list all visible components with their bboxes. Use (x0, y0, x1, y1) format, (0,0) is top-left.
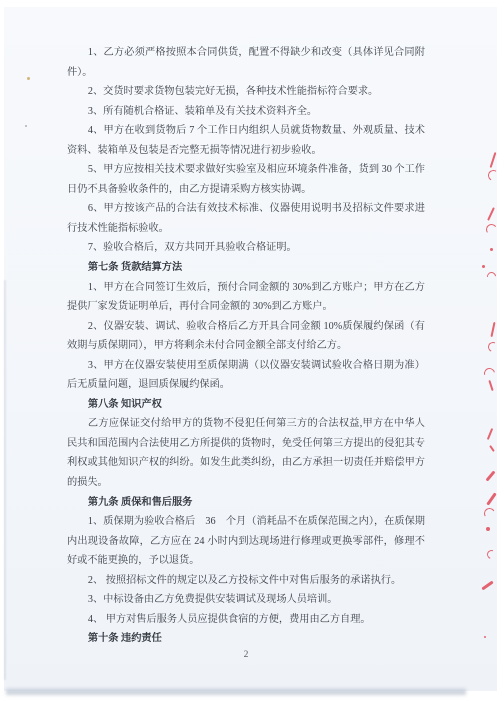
contract-paragraph: 3、中标设备由乙方免费提供安装调试及现场人员培训。 (67, 590, 425, 610)
contract-paragraph: 2、交货时要求货物包装完好无损，各种技术性能指标符合要求。 (67, 82, 425, 102)
paper-speck (27, 77, 30, 80)
paper-speck (25, 125, 27, 127)
contract-paragraph: 7、验收合格后，双方共同开具验收合格证明。 (67, 238, 425, 258)
contract-clause-heading: 第七条 货款结算方法 (67, 258, 425, 278)
paper-bottom-shadow (6, 687, 466, 696)
contract-paragraph: 2、仪器安装、调试、验收合格后乙方开具合同金额 10%质保履约保函（有效期与质保… (67, 317, 425, 356)
contract-paragraph: 3、所有随机合格证、装箱单及有关技术资料齐全。 (67, 102, 425, 122)
page-number: 2 (67, 650, 425, 660)
contract-paragraph: 2、 按照招标文件的规定以及乙方投标文件中对售后服务的承诺执行。 (67, 571, 425, 591)
red-ink-mark (484, 636, 486, 638)
red-ink-mark (482, 265, 485, 268)
red-ink-mark (490, 248, 493, 251)
contract-paragraph: 4、甲方在收到货物后 7 个工作日内组织人员就货物数量、外观质量、技术资料、装箱… (67, 121, 425, 160)
contract-paragraph: 1、乙方必须严格按照本合同供货，配置不得缺少和改变（具体详见合同附件）。 (67, 43, 425, 82)
paper-left-shadow (4, 280, 7, 680)
contract-paragraph: 1、甲方在合同签订生效后，预付合同金额的 30%到乙方账户；甲方在乙方提供厂家发… (67, 278, 425, 317)
scanned-contract-page: { "colors": { "paper_tint": "#f3f6fa", "… (0, 0, 500, 707)
contract-paragraph: 5、甲方应按相关技术要求做好实验室及相应环境条件准备，货到 30 个工作日仍不具… (67, 160, 425, 199)
contract-paragraph: 乙方应保证交付给甲方的货物不侵犯任何第三方的合法权益,甲方在中华人民共和国范围内… (67, 414, 425, 492)
contract-clause-heading: 第十条 违约责任 (67, 629, 425, 649)
contract-text-body: 1、乙方必须严格按照本合同供货，配置不得缺少和改变（具体详见合同附件）。2、交货… (67, 43, 425, 649)
contract-paragraph: 6、甲方按该产品的合法有效技术标准、仪器使用说明书及招标文件要求进行技术性能指标… (67, 199, 425, 238)
red-ink-mark (486, 527, 490, 531)
contract-paragraph: 3、甲方在仪器安装使用至质保期满（以仪器安装调试验收合格日期为准）后无质量问题，… (67, 356, 425, 395)
contract-paragraph: 4、 甲方对售后服务人员应提供食宿的方便，费用由乙方自理。 (67, 610, 425, 630)
contract-paragraph: 1、质保期为验收合格后 36 个月（消耗品不在质保范围之内），在质保期内出现设备… (67, 512, 425, 571)
contract-clause-heading: 第九条 质保和售后服务 (67, 493, 425, 513)
contract-clause-heading: 第八条 知识产权 (67, 395, 425, 415)
